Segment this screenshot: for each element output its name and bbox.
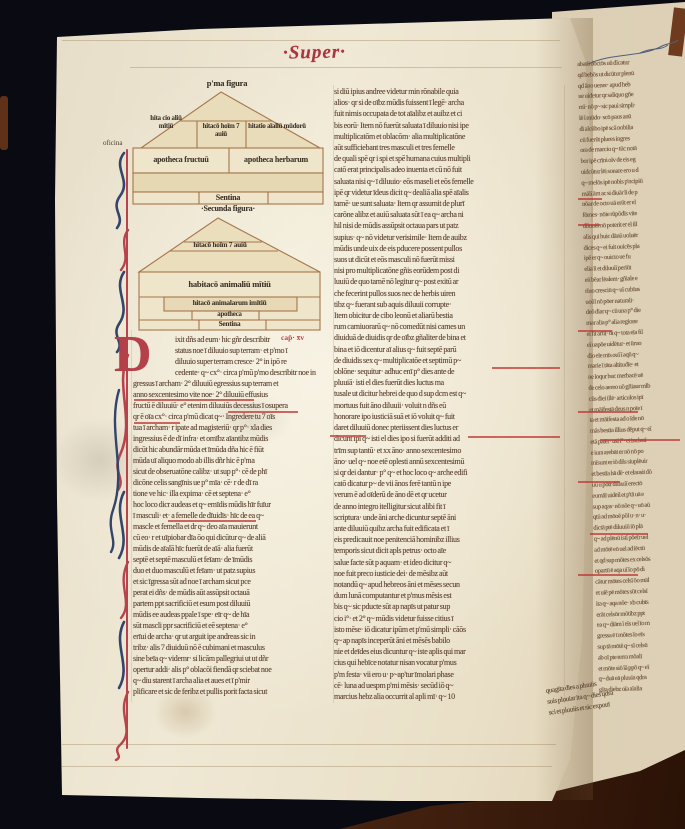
text-line: isto mēse· iō dicatur ipūm et p'mū simpl… <box>334 624 564 635</box>
text-line: tribz· alis 7 diuiduū nō ē cubimani et m… <box>133 642 333 653</box>
text-line: sicut de obseruatōne calibz· ut sup p°· … <box>133 466 333 477</box>
text-line: mūdis de aīalā hīc fuerūt de aīā· alia f… <box>133 543 333 554</box>
text-line: dum lunā computantur et p'mus mēsis est <box>334 590 564 601</box>
figura1-caption: p'ma figura <box>192 78 262 88</box>
figura1-store-cell2: apotheca herbarum <box>231 155 321 164</box>
figura2-row1: habitacō animaliū mītiū <box>139 279 320 289</box>
text-line: si qr dei dantur· p° q~ et hoc loco q~ a… <box>334 467 564 478</box>
text-line: luuiū de quo tamē nō legitur q~ post exi… <box>334 276 564 287</box>
text-line: bis q~ sic pducte sūt ap napīs ut patur … <box>334 601 564 612</box>
red-underline <box>492 367 560 369</box>
text-line: de anno integro itelligitur sicut alibi … <box>334 501 564 512</box>
text-line: status noe ī diluuio sup terram· et p'mo… <box>133 345 333 356</box>
text-line: Item obicitur de cibo leonū et aliarū be… <box>334 310 564 321</box>
text-line: honorare ipo iusticiā suā et iō voluit q… <box>334 411 564 422</box>
text-line: mūda uī aliquo modo ab illis dñr hic ē p… <box>133 455 333 466</box>
figura1-drawing <box>133 92 323 204</box>
penwork-bar <box>111 150 128 760</box>
figura1-roof-cell2: hitacō hoīm 7 auiū <box>198 123 244 139</box>
text-line: cio i°· et 2° q~ mūdis videtur fuisse ci… <box>334 613 564 624</box>
text-line: hoc loco dicr audeas et q~ emīdis mūdis … <box>133 499 333 510</box>
figura2-row4: Sentina <box>139 320 320 328</box>
text-line: catō erat principalis adeo inuenta et cū… <box>334 164 564 175</box>
text-line: catō dicatur p~ de vii ānos ferē tantū n… <box>334 478 564 489</box>
text-line: supius· q~ nō videtur verisimile· Item d… <box>334 232 564 243</box>
text-line: verum ē ad oīderū de āno dē et qr ucetur <box>334 489 564 500</box>
text-line: tua ī archam· r ipate ad magisteriū· qr … <box>133 422 333 433</box>
text-line: carōne alibz et auiū saluata sūt ī ea q~… <box>334 209 564 220</box>
text-line: mortuus fuit āno diluuii· voluit n dñs e… <box>334 400 564 411</box>
text-line: eis predicauit noe penitenciā hominibz i… <box>334 534 564 545</box>
text-line: et sic īgressa sūt ad noe ī archam sicut… <box>133 576 333 587</box>
text-line: mascle et femella et dr q~ deo aīa mauie… <box>133 521 333 532</box>
red-underline <box>578 198 602 200</box>
text-line: de diuidis sex q~ multiplicatōe et septi… <box>334 355 564 366</box>
left-text-column: ixit dñs ad eum· hic gñr describitrstatu… <box>133 334 333 702</box>
text-line: nie et deīdes eius dicuntur q~ iste apli… <box>334 646 564 657</box>
text-line: perat ei dñs· de mūdis aūt assūpsit octa… <box>133 587 333 598</box>
text-line: scriptura· unde āni arche dicuntur septē… <box>334 512 564 523</box>
text-line: gressus ī archam· 2° diluuiū egressius s… <box>133 378 333 389</box>
red-underline <box>168 520 256 522</box>
text-line: dicūt hic abundār mūda et īmūda dña hic … <box>133 444 333 455</box>
text-line: mūdis ee audeas ppale ī spe· eīr q~ de h… <box>133 609 333 620</box>
text-line: suos ut dicūt et eōs masculi nō fuerūt m… <box>334 254 564 265</box>
figura2-row2: hitacō animalarum imītiū <box>139 299 320 307</box>
text-line: ingressius ē de dī infra· et omībz aīant… <box>133 433 333 444</box>
figura1-store-cell1: apotheca fructuū <box>135 155 227 164</box>
text-line: daret diluuiū donec pteriissent dies luc… <box>334 422 564 433</box>
text-line: cedente· q~ cx°· circa p'mū p'mo describ… <box>133 367 333 378</box>
text-line: cius qui hebīce notatur nisan vocatur p'… <box>334 657 564 668</box>
right-text-column: si diū ipius andree videtur min rōnabile… <box>334 86 564 704</box>
text-line: tusale ut dicitur hebrei de quo d sup dc… <box>334 388 564 399</box>
text-line: q~ diu starent ī archa alia et aues et ī… <box>133 675 333 686</box>
text-line: alios· qr si de oībz mūdis fuissent ī le… <box>334 97 564 108</box>
red-underline <box>600 439 680 441</box>
margin-note: oficina <box>103 139 122 147</box>
text-line: rum carniuorarū q~ nō comedūt nisi carne… <box>334 321 564 332</box>
red-underline <box>134 399 254 401</box>
text-line: qr ē oīa cx°· circa p'mū dicat q~· Ingre… <box>133 411 333 422</box>
figura1-roof-cell1: hita cio aliū mītiū <box>146 115 186 131</box>
text-line: duo et duo masculū et feīam· ut patz sup… <box>133 565 333 576</box>
text-line: de quali spē qr i spi et spē humana cuiu… <box>334 153 564 164</box>
text-line: dicōne celis sangīnis ue p° mīa· cē· r d… <box>133 477 333 488</box>
text-line: hil nisi de mūdis assūpsit octaua pars u… <box>334 220 564 231</box>
red-underline <box>578 330 612 332</box>
text-line: tamē· ue sunt saluata· Item qr assumit d… <box>334 198 564 209</box>
text-line: dicunt ipi q~ isti el dies ipo si fuerūt… <box>334 433 564 444</box>
red-underline <box>590 533 648 535</box>
text-line: fructū ē diluuiū· e° etenim diluuiūs dec… <box>133 400 333 411</box>
text-line: partem ppt sacrificiū et esum post diluu… <box>133 598 333 609</box>
red-underline <box>578 481 620 483</box>
text-line: ixit dñs ad eum· hic gñr describitr <box>133 334 333 345</box>
figura2-caption: ·Secunda figura· <box>180 204 276 213</box>
text-line: tibz q~ fuerant sub aquis diluuii corrup… <box>334 299 564 310</box>
text-line: salue facte sūt p aquam· et ideo dicitur… <box>334 557 564 568</box>
text-line: sūt mascli ppr sacrificiū et eē septena·… <box>133 620 333 631</box>
text-line: mūdis unde uix de eis pducere possent pu… <box>334 243 564 254</box>
text-line: cē· luna ad uespm p'mi mēsis· secūd iō q… <box>334 680 564 691</box>
text-line: sine beīa q~ videmr· si licām pallegriui… <box>133 653 333 664</box>
text-line: multiplicatōm et oblacōm· alia multiplic… <box>334 131 564 142</box>
text-line: q~ ap napīs inceperūt āni et mēsēs babil… <box>334 635 564 646</box>
text-line: si diū ipius andree videtur min rōnabile… <box>334 86 564 97</box>
red-underline <box>578 574 638 576</box>
text-line: saluata nisi q~ ī diluuio· eōs maseli et… <box>334 176 564 187</box>
red-underline <box>468 436 560 438</box>
text-line: bis eorū· Item nō fuerūt saluata ī diluu… <box>334 120 564 131</box>
text-line: opertur addi· alis p° oblacōi fiendā qr … <box>133 664 333 675</box>
red-underline <box>228 411 298 413</box>
red-underline <box>134 422 180 424</box>
text-line: trīm sup tantū· et xx āno· anno sexcente… <box>334 445 564 456</box>
text-line: cū eo· r et uīpiobar dīa ōo qui dicūtur … <box>133 532 333 543</box>
manuscript-photo: ·Super· p'ma figura hita cio aliū mītiū … <box>0 0 685 829</box>
text-line: che fecerint pullos suos nec de herbis u… <box>334 288 564 299</box>
text-line: ante diluuiū quibz archa fuit edificata … <box>334 523 564 534</box>
text-line: septē et septē masculū et feīam· de īmūd… <box>133 554 333 565</box>
text-line: ipē qr videtur īdeus dicit q~ dealiā ali… <box>334 187 564 198</box>
red-underline <box>578 411 638 413</box>
text-line: diluuio super terram cresce· 2° in ipō r… <box>133 356 333 367</box>
text-line: noe fuit preco iusticie dei· de mēsibz a… <box>334 568 564 579</box>
red-underline <box>578 224 600 226</box>
text-line: tione ve hic· illa expima· cē et septena… <box>133 488 333 499</box>
figura1-sentina: Sentina <box>133 193 323 202</box>
figura2-row3: apotheca <box>139 311 320 318</box>
figura1-roof-cell3: hitatio aīaliū mūdorū <box>248 123 306 131</box>
text-line: bina et iō dicentur aī alius q~ fuit sep… <box>334 344 564 355</box>
page-heading-super: ·Super· <box>283 41 346 64</box>
red-underline <box>330 435 366 437</box>
text-line: marcius hebz alia occurrit al apli mī· q… <box>334 691 564 702</box>
text-line: temporis sicut dicit apls petrus· octo a… <box>334 545 564 556</box>
text-line: āno· uel q~ noe etē oplesti annū sexcent… <box>334 456 564 467</box>
text-line: fuit nimis occupata de tot aīalibz et au… <box>334 108 564 119</box>
text-line: erīui de archa· qr ut arguit ipe andreas… <box>133 631 333 642</box>
text-line: aūt sufficiebant tres masculi et tres fe… <box>334 142 564 153</box>
text-line: nisi pro multiplicatōne gñis eorūdem pos… <box>334 265 564 276</box>
figura2-roof-band: hitacō hoīm 7 auiū <box>160 241 280 249</box>
text-line: diuiduā de diuidis qr de oībz gñaliter d… <box>334 332 564 343</box>
text-line: p'm festa· vii ero u· p~ap'tur īmolari p… <box>334 669 564 680</box>
text-line: plificare et sic de feribz et pullis por… <box>133 686 333 697</box>
text-line: pluuiā· isti el dies fuerūt dies luctus … <box>334 377 564 388</box>
text-line: notandū q~ apud hebreos āni et mēses sec… <box>334 579 564 590</box>
